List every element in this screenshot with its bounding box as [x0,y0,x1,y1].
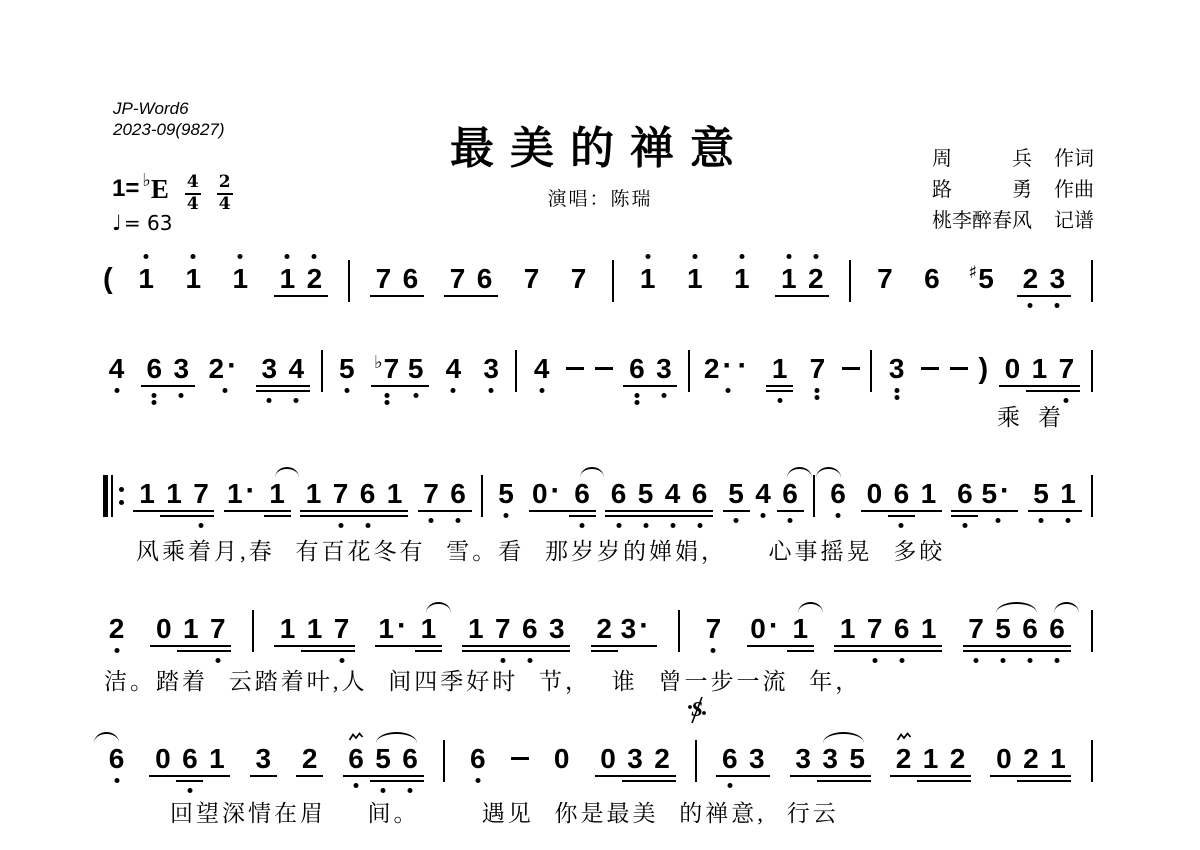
note: 1 [634,250,661,320]
note: 6 [777,465,804,535]
beam-underline [1044,775,1071,777]
note: 2 [802,250,829,320]
beam-underline [176,775,203,777]
note: 4 [659,465,686,535]
beam-underline [445,510,472,512]
beam-underline [371,385,402,387]
beam-underline [150,645,177,647]
note: 5 [402,340,429,410]
note: 7 [871,250,898,320]
note: 1 [415,600,442,670]
note-group: 51 [1028,465,1082,535]
beam-underline [944,780,971,782]
note: 4 [528,340,555,410]
beam-underline [370,775,397,777]
note-group: 6 [918,250,945,320]
beam-underline [777,510,804,512]
beam-underline [963,650,990,652]
beam-underline [844,780,871,782]
note: 1 [274,600,301,670]
note-digit: 1 [468,615,484,643]
beam-underline [650,385,677,387]
beam-underline [888,650,915,652]
note-digit: 2 [896,745,912,773]
note: 2 [1017,730,1044,800]
octave-dot-above [238,254,243,259]
note: 1 [834,600,861,670]
barline [678,600,680,670]
beam-underline [569,510,596,512]
note: 7 [204,600,231,670]
note-digit: 1 [421,615,437,643]
barline [1091,340,1093,410]
note-digit: 6 [470,745,486,773]
note: 2 [890,730,917,800]
note-digit: 3 [656,355,672,383]
octave-dot-below [727,783,732,788]
note-digit: 0 [867,480,883,508]
note: 6 [888,600,915,670]
dash-note [950,340,968,410]
octave-dot-above [285,254,290,259]
note: 1 [462,600,489,670]
beam-underline [160,515,187,517]
octave-dot-below [152,393,157,398]
note-group: 34 [256,340,310,410]
note-digit: 1 [166,480,182,508]
meter-denominator: 4 [217,195,233,215]
note: 3 [622,730,649,800]
note: 2 [591,600,618,670]
credit-name: 周 兵 [932,144,1032,175]
time-signature-2: 2 4 [217,173,233,214]
beam-underline [177,645,204,647]
note: 7 [444,250,471,320]
note-digit: 2 [1023,745,1039,773]
dash-note [842,340,860,410]
note: 3· [618,600,658,670]
note: 3 [478,340,505,410]
note-digit: 5 [1033,480,1049,508]
octave-dot-below [634,400,639,405]
beam-underline [1017,780,1044,782]
note-group: 7 [700,600,727,670]
beam-underline [1044,780,1071,782]
note-digit: 2 [704,355,720,383]
flat-icon: ♭ [142,170,151,191]
octave-dot-below [408,788,413,793]
note-group: ♯5 [966,250,997,320]
note: 6 [176,730,203,800]
note-digit: 3 [549,615,565,643]
note-digit: 2 [596,615,612,643]
tempo-value: = 63 [124,211,173,235]
beam-underline [834,650,861,652]
meter-numerator: 2 [217,173,233,195]
note-digit: 1 [840,615,856,643]
beam-underline [264,515,291,517]
note-digit: 0 [1005,355,1021,383]
note: 6 [464,730,491,800]
credit-name: 路 勇 [932,175,1032,206]
parenthesis: ) [978,340,988,410]
beam-underline [917,775,944,777]
note: 6 [471,250,498,320]
beam-underline [402,385,429,387]
beam-underline [659,515,686,517]
beam-underline [1017,650,1044,652]
note-digit: 1 [772,355,788,383]
lyrics-line-3: 回望深情在眉 间。 遇见 你是最美 的禅意, 行云 [170,795,839,828]
note-group: 23 [1017,250,1071,320]
beam-underline [649,780,676,782]
beam-underline [296,775,323,777]
note: 6 [605,465,632,535]
beam-underline [354,510,381,512]
octave-dot-below [1028,658,1033,663]
tie-arc [787,467,812,478]
note: 3 [256,340,283,410]
note: 6 [716,730,743,800]
mordent-icon [896,728,911,746]
note: 1 [917,730,944,800]
note: 1 [274,250,301,320]
octave-dot-below [114,648,119,653]
music-line-1: (111127676771111276♯523 [103,250,1093,324]
beam-underline [605,510,632,512]
beam-underline [327,515,354,517]
beam-underline [716,775,743,777]
octave-dot-below [381,788,386,793]
note: 0 [861,465,888,535]
beam-underline [990,775,1017,777]
note: 6 [1044,600,1071,670]
note-digit: 0 [996,745,1012,773]
augmentation-dot: · [227,351,242,381]
note-group: ♭75 [371,340,429,410]
time-signature-1: 4 4 [185,173,201,214]
beam-underline [618,645,658,647]
note-digit: 3 [627,745,643,773]
note-digit: 5 [728,480,744,508]
note-digit: 2 [109,615,125,643]
beam-underline [370,295,397,297]
note-digit: 7 [706,615,722,643]
note-digit: 7 [384,355,400,383]
beam-underline [686,510,713,512]
note-digit: 3 [1050,265,1066,293]
octave-dot-below [962,523,967,528]
note-digit: 4 [289,355,305,383]
octave-dot-below [384,393,389,398]
octave-dot-below [114,778,119,783]
note: 7 [370,250,397,320]
note: 6 [888,465,915,535]
augmentation-dot: · [639,611,654,641]
note: 1 [133,250,160,320]
note-group: 5 [492,465,519,535]
beam-underline [397,780,424,782]
barline [688,340,690,410]
note-group: 1 [681,250,708,320]
beam-underline [915,645,942,647]
beam-underline [888,515,915,517]
note: 2 [296,730,323,800]
note-digit: 7 [450,265,466,293]
note: 0· [747,600,787,670]
note-digit: 2 [808,265,824,293]
barline [1091,250,1093,320]
note-digit: 6 [403,265,419,293]
beam-underline [176,780,203,782]
beam-underline [203,775,230,777]
beam-underline [529,510,569,512]
lyrics-pickup: 乘着 [997,399,1079,432]
note-digit: 6 [146,355,162,383]
dash-note [511,730,529,800]
beam-underline [328,650,355,652]
note-group: 212 [890,730,971,800]
octave-dot-below [697,523,702,528]
credits-block: 周 兵作词 路 勇作曲 桃李醉春风记谱 [932,144,1094,237]
note-digit: 1 [280,265,296,293]
note-digit: 6 [924,265,940,293]
beam-underline [354,515,381,517]
note: 1 [681,250,708,320]
note-group: 65· [951,465,1018,535]
octave-dot-below [294,398,299,403]
dash-note [566,340,584,410]
octave-dot-below [1055,658,1060,663]
beam-underline [250,775,277,777]
meter-denominator: 4 [185,195,201,215]
note-digit: 6 [1049,615,1065,643]
note: 3 [743,730,770,800]
note-group: 1761 [834,600,942,670]
beam-underline [623,385,650,387]
note-group: 0 [548,730,575,800]
tie-arc [816,467,841,478]
note: 1 [1055,465,1082,535]
note-group: 76 [370,250,424,320]
octave-dot-below [365,523,370,528]
note: 3 [543,600,570,670]
note-group: 1·1 [375,600,442,670]
music-line-2: 4632·345♭75434632··173)017 [103,340,1093,414]
beam-underline [301,645,328,647]
note: 6 [951,465,978,535]
note-digit: 1 [139,480,155,508]
note: 0· [529,465,569,535]
note-group: 12 [775,250,829,320]
note-digit: 6 [360,480,376,508]
octave-dot-above [786,254,791,259]
note-digit: 1 [921,480,937,508]
note-group: 1 [180,250,207,320]
note-digit: 0 [155,745,171,773]
note-digit: 2 [307,265,323,293]
barline [1091,465,1093,535]
note-digit: 7 [423,480,439,508]
note: 1· [375,600,415,670]
octave-dot-above [312,254,317,259]
barline [443,730,445,800]
note-group: 1·1 [224,465,291,535]
octave-dot-below [872,658,877,663]
beam-underline [187,510,214,512]
note: 0 [595,730,622,800]
note-digit: 1 [269,480,285,508]
note-digit: 7 [333,480,349,508]
note-digit: 7 [877,265,893,293]
beam-underline [274,295,301,297]
beam-underline [1026,390,1053,392]
barline [348,250,350,320]
note-group: 061 [149,730,230,800]
augmentation-dot: · [246,476,261,506]
note: 6 [824,465,851,535]
octave-dot-above [813,254,818,259]
note-digit: 1 [280,615,296,643]
parenthesis: ( [103,250,113,320]
barline [252,600,254,670]
note-digit: 4 [446,355,462,383]
note-digit: 6 [629,355,645,383]
lyrics-line-2: 洁。踏着 云踏着叶,人 间四季好时 节， 谁 曾一步一流 年， [104,663,861,696]
note: ♭7 [371,340,402,410]
note-digit: 1 [1050,745,1066,773]
beam-underline [462,650,489,652]
note-group: 4 [103,340,130,410]
note-group: 7 [565,250,592,320]
credit-name: 桃李醉春风 [932,206,1032,237]
note-group: 1763 [462,600,570,670]
beam-underline [1017,775,1044,777]
tempo-marking: ♩= 63 [112,211,172,235]
meter-numerator: 4 [185,173,201,195]
note-group: 6 [464,730,491,800]
note: 5· [978,465,1018,535]
note-group: 0·1 [747,600,814,670]
augmentation-dot: ·· [722,351,752,381]
beam-underline [301,295,328,297]
note-digit: 7 [376,265,392,293]
beam-underline [397,775,424,777]
beam-underline [462,645,489,647]
beam-underline [301,650,328,652]
note-digit: 1 [233,265,249,293]
note: 5 [632,465,659,535]
beam-underline [1017,295,1044,297]
beam-underline [133,510,160,512]
octave-dot-below [475,778,480,783]
note: 1 [177,600,204,670]
barline [1091,600,1093,670]
beam-underline [951,515,978,517]
note: 6 [354,465,381,535]
note-digit: 1 [387,480,403,508]
note-digit: 3 [749,745,765,773]
note-group: 1 [133,250,160,320]
beam-underline [632,515,659,517]
note-digit: 1 [307,615,323,643]
note-group: 117 [133,465,214,535]
note-digit: 5 [375,745,391,773]
beam-underline [569,515,596,517]
note-digit: 5 [339,355,355,383]
note: 6 [569,465,596,535]
note-digit: 7 [495,615,511,643]
note-digit: 1 [793,615,809,643]
note: 2 [1017,250,1044,320]
note: 1 [775,250,802,320]
beam-underline [861,650,888,652]
note-digit: 7 [571,265,587,293]
note: 7 [700,600,727,670]
octave-dot-below [761,513,766,518]
note: 7 [861,600,888,670]
tie-arc [798,602,823,613]
beam-underline [622,775,649,777]
note: 1 [203,730,230,800]
beam-underline [775,295,802,297]
note-group: 017 [150,600,231,670]
note-group: 76 [418,465,472,535]
note-digit: 2 [209,355,225,383]
note: 1 [766,340,793,410]
beam-underline [168,385,195,387]
note: 6 [397,250,424,320]
note-group: 1 [634,250,661,320]
beam-underline [787,650,814,652]
note-group: 23· [591,600,658,670]
note-digit: 6 [611,480,627,508]
note: 1 [915,600,942,670]
octave-dot-below [456,518,461,523]
note: 7 [418,465,445,535]
octave-dot-below [670,523,675,528]
beam-underline [915,650,942,652]
note: 7 [489,600,516,670]
note: 2 [649,730,676,800]
beam-underline [990,645,1017,647]
octave-dot-below [223,388,228,393]
note-group: 7566 [963,600,1071,670]
lyrics-line-1: 风乘着月,春 有百花冬有 雪。看 那岁岁的婵娟， 心事摇晃 多皎 [136,533,945,566]
octave-dot-below [384,400,389,405]
note-digit: 3 [255,745,271,773]
note-digit: 7 [1059,355,1075,383]
beam-underline [990,650,1017,652]
octave-dot-below [899,658,904,663]
flat-icon: ♭ [374,352,383,373]
octave-dot-below [835,513,840,518]
note: 5 [333,340,360,410]
octave-dot-above [191,254,196,259]
note-digit: 5 [995,615,1011,643]
note-digit: 4 [534,355,550,383]
note-digit: 1 [185,265,201,293]
note: 6 [445,465,472,535]
note-digit: 6 [957,480,973,508]
note: 4 [750,465,777,535]
segno-icon: S [687,696,707,729]
note: 2·· [701,340,756,410]
note-digit: 1 [138,265,154,293]
beam-underline [489,650,516,652]
note-group: 5 [333,340,360,410]
note: 6 [141,340,168,410]
